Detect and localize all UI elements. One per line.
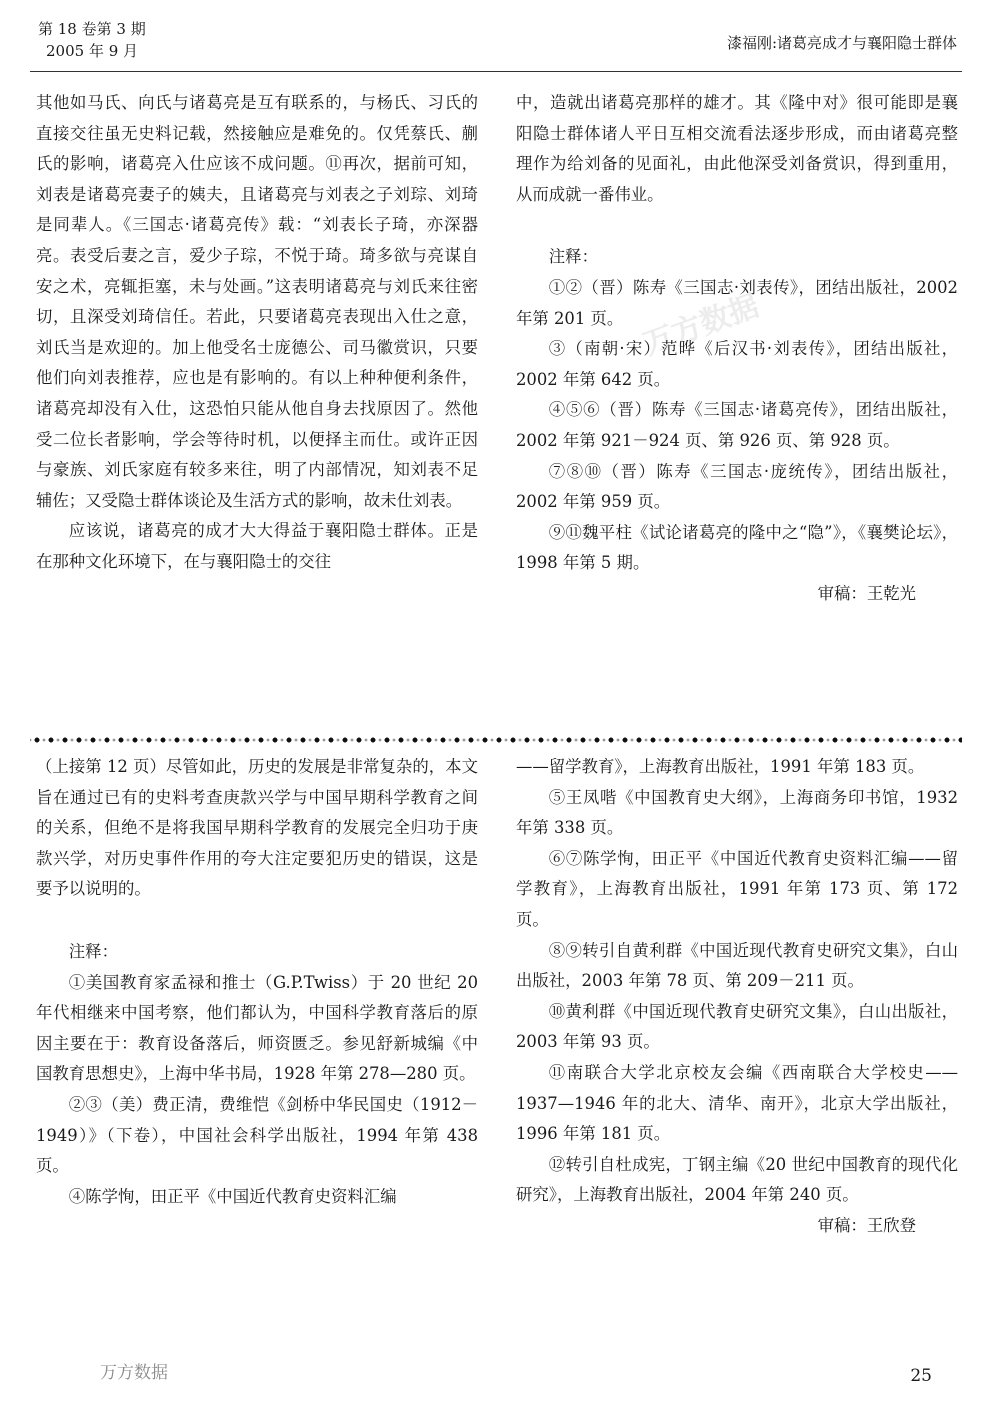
running-title: 漆福刚:诸葛亮成才与襄阳隐士群体 — [727, 32, 957, 53]
footer-watermark: 万方数据 — [100, 1358, 168, 1383]
note-item: ③（南朝·宋）范晔《后汉书·刘表传》，团结出版社，2002 年第 642 页。 — [516, 334, 958, 395]
note-item: ⑥⑦陈学恂，田正平《中国近代教育史资料汇编——留学教育》，上海教育出版社，199… — [516, 844, 958, 936]
body-paragraph: 中，造就出诸葛亮那样的雄才。其《隆中对》很可能即是襄阳隐士群体诸人平日互相交流看… — [516, 88, 958, 210]
top-left-column: 其他如马氏、向氏与诸葛亮是互有联系的，与杨氏、习氏的直接交往虽无史料记载，然接触… — [36, 88, 478, 578]
note-item: ①②（晋）陈寿《三国志·刘表传》，团结出版社，2002 年第 201 页。 — [516, 273, 958, 334]
journal-issue-info: 第 18 卷第 3 期 2005 年 9 月 — [38, 18, 146, 62]
body-paragraph: 应该说，诸葛亮的成才大大得益于襄阳隐士群体。正是在那种文化环境下，在与襄阳隐士的… — [36, 516, 478, 577]
notes-title: 注释： — [516, 242, 958, 273]
header-rule — [30, 71, 962, 72]
reviewer: 审稿：王欣登 — [516, 1211, 958, 1242]
note-item: ④陈学恂，田正平《中国近代教育史资料汇编 — [36, 1182, 478, 1213]
note-item: ⑩黄利群《中国近现代教育史研究文集》，白山出版社，2003 年第 93 页。 — [516, 997, 958, 1058]
publication-date: 2005 年 9 月 — [38, 40, 146, 62]
note-item: ⑫转引自杜成宪，丁钢主编《20 世纪中国教育的现代化研究》，上海教育出版社，20… — [516, 1150, 958, 1211]
volume-issue: 第 18 卷第 3 期 — [38, 18, 146, 40]
bottom-right-column: ——留学教育》，上海教育出版社，1991 年第 183 页。 ⑤王凤喈《中国教育… — [516, 752, 958, 1242]
note-item: ⑪南联合大学北京校友会编《西南联合大学校史——1937—1946 年的北大、清华… — [516, 1058, 958, 1150]
top-right-column: 中，造就出诸葛亮那样的雄才。其《隆中对》很可能即是襄阳隐士群体诸人平日互相交流看… — [516, 88, 958, 610]
note-item: ①美国教育家孟禄和推士（G.P.Twiss）于 20 世纪 20 年代相继来中国… — [36, 968, 478, 1090]
note-item: ④⑤⑥（晋）陈寿《三国志·诸葛亮传》，团结出版社，2002 年第 921－924… — [516, 395, 958, 456]
body-paragraph: 其他如马氏、向氏与诸葛亮是互有联系的，与杨氏、习氏的直接交往虽无史料记载，然接触… — [36, 88, 478, 516]
note-item: ⑤王凤喈《中国教育史大纲》，上海商务印书馆，1932 年第 338 页。 — [516, 783, 958, 844]
note-item: ⑧⑨转引自黄利群《中国近现代教育史研究文集》，白山出版社，2003 年第 78 … — [516, 936, 958, 997]
note-item: ②③（美）费正清，费维恺《剑桥中华民国史（1912－1949）》（下卷），中国社… — [36, 1090, 478, 1182]
note-item: ⑦⑧⑩（晋）陈寿《三国志·庞统传》，团结出版社，2002 年第 959 页。 — [516, 457, 958, 518]
bottom-left-column: （上接第 12 页）尽管如此，历史的发展是非常复杂的，本文旨在通过已有的史料考查… — [36, 752, 478, 1212]
notes-title: 注释： — [36, 937, 478, 968]
page-number: 25 — [910, 1366, 932, 1386]
body-paragraph: （上接第 12 页）尽管如此，历史的发展是非常复杂的，本文旨在通过已有的史料考查… — [36, 752, 478, 905]
note-continuation: ——留学教育》，上海教育出版社，1991 年第 183 页。 — [516, 752, 958, 783]
reviewer: 审稿：王乾光 — [516, 579, 958, 610]
note-item: ⑨⑪魏平柱《试论诸葛亮的隆中之“隐”》，《襄樊论坛》，1998 年第 5 期。 — [516, 518, 958, 579]
article-divider — [30, 735, 962, 745]
